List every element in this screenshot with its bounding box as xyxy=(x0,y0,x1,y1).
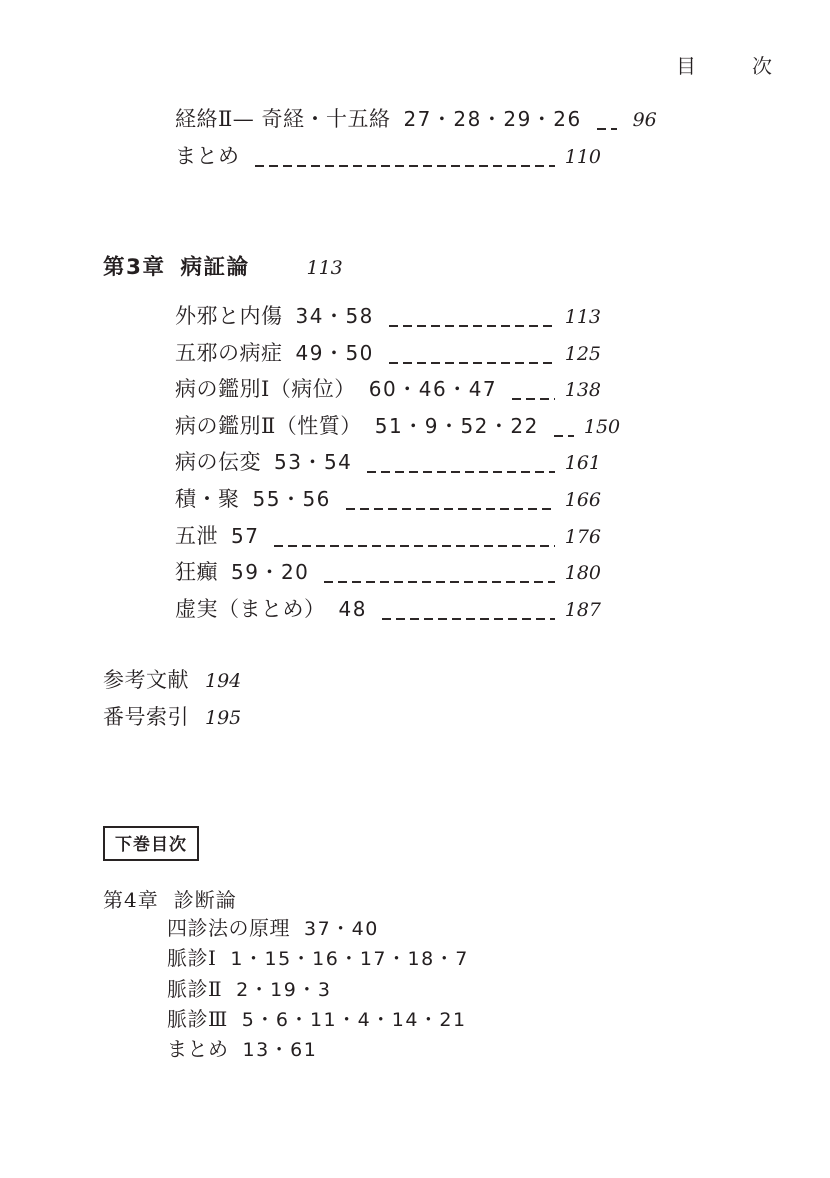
volume2-box-text: 下巻目次 xyxy=(115,835,187,855)
entry-title: まとめ xyxy=(167,1033,229,1062)
entry-title: 五邪の病症 xyxy=(175,337,283,367)
page-number: 125 xyxy=(565,343,601,365)
entry-refs: 34・58 xyxy=(296,300,374,329)
entry-title: 五泄 xyxy=(175,520,218,550)
dotted-leader xyxy=(274,545,554,547)
chapter-title: 診断論 xyxy=(174,884,237,913)
entry-refs: 57 xyxy=(231,524,259,548)
entry-title: 虚実（まとめ） xyxy=(175,593,326,623)
entry-refs: 48 xyxy=(339,597,367,621)
toc-entry: 脈診Ⅱ 2・19・3 xyxy=(167,973,469,1003)
continued-entries-block: 経絡Ⅱ— 奇経・十五絡 27・28・29・26 96 まとめ 110 xyxy=(175,103,601,176)
chapter-label: 第3章 xyxy=(103,250,165,281)
entry-refs: 59・20 xyxy=(231,556,309,585)
toc-entry: 外邪と内傷 34・58 113 xyxy=(175,300,601,337)
chapter-label: 第4章 xyxy=(103,884,159,913)
entry-title: 病の伝変 xyxy=(175,446,261,476)
entry-refs: 13・61 xyxy=(243,1035,318,1062)
dotted-leader xyxy=(382,618,555,620)
chapter-title: 病証論 xyxy=(180,250,249,281)
dotted-leader xyxy=(324,581,554,583)
dotted-leader xyxy=(554,435,574,437)
page-number: 195 xyxy=(205,707,241,729)
dotted-leader xyxy=(367,471,554,473)
chapter3-heading: 第3章 病証論 113 xyxy=(103,250,343,281)
toc-entry: 脈診Ⅲ 5・6・11・4・14・21 xyxy=(167,1003,469,1033)
entry-refs: 5・6・11・4・14・21 xyxy=(242,1005,467,1032)
dotted-leader xyxy=(255,165,555,167)
toc-entry: 病の鑑別Ⅰ（病位） 60・46・47 138 xyxy=(175,373,601,410)
entry-title: 病の鑑別Ⅰ（病位） xyxy=(175,373,356,403)
chapter4-entries-block: 四診法の原理 37・40 脈診Ⅰ 1・15・16・17・18・7 脈診Ⅱ 2・1… xyxy=(167,912,469,1063)
back-matter-entry: 番号索引 195 xyxy=(103,701,241,738)
entry-refs: 37・40 xyxy=(304,914,379,941)
page-title: 目 次 xyxy=(676,50,748,79)
page-number: 187 xyxy=(565,599,601,621)
page-number: 180 xyxy=(565,562,601,584)
dotted-leader xyxy=(346,508,555,510)
entry-refs: 27・28・29・26 xyxy=(403,103,581,132)
page-number: 194 xyxy=(205,670,241,692)
toc-entry: 四診法の原理 37・40 xyxy=(167,912,469,942)
entry-title: 四診法の原理 xyxy=(167,912,290,941)
entry-refs: 2・19・3 xyxy=(236,975,331,1002)
entry-refs: 53・54 xyxy=(274,446,352,475)
page-number: 110 xyxy=(565,146,601,168)
entry-title: 積・聚 xyxy=(175,483,240,513)
entry-title: 番号索引 xyxy=(103,701,205,731)
toc-entry: 脈診Ⅰ 1・15・16・17・18・7 xyxy=(167,942,469,972)
page-number: 161 xyxy=(565,452,601,474)
chapter3-entries-block: 外邪と内傷 34・58 113 五邪の病症 49・50 125 病の鑑別Ⅰ（病位… xyxy=(175,300,601,629)
page-number: 176 xyxy=(565,526,601,548)
entry-title: 脈診Ⅰ xyxy=(167,942,216,971)
dotted-leader xyxy=(389,362,555,364)
page-number: 150 xyxy=(584,416,614,438)
page-number: 138 xyxy=(565,379,601,401)
entry-refs: 55・56 xyxy=(253,483,331,512)
entry-title: まとめ xyxy=(175,140,240,170)
toc-entry: 虚実（まとめ） 48 187 xyxy=(175,593,601,630)
toc-entry: 病の伝変 53・54 161 xyxy=(175,446,601,483)
toc-page: 目 次 経絡Ⅱ— 奇経・十五絡 27・28・29・26 96 まとめ 110 第… xyxy=(0,0,830,1178)
dotted-leader xyxy=(512,398,555,400)
back-matter-entry: 参考文献 194 xyxy=(103,664,241,701)
entry-refs: 51・9・52・22 xyxy=(375,410,539,439)
toc-entry: 狂癲 59・20 180 xyxy=(175,556,601,593)
entry-title: 脈診Ⅱ xyxy=(167,973,222,1002)
entry-refs: 49・50 xyxy=(296,337,374,366)
entry-title: 狂癲 xyxy=(175,556,218,586)
toc-entry: 積・聚 55・56 166 xyxy=(175,483,601,520)
entry-title: 病の鑑別Ⅱ（性質） xyxy=(175,410,362,440)
toc-entry: 五邪の病症 49・50 125 xyxy=(175,337,601,374)
page-number: 96 xyxy=(627,109,657,131)
entry-title: 脈診Ⅲ xyxy=(167,1003,228,1032)
page-number: 113 xyxy=(565,306,601,328)
toc-entry: 五泄 57 176 xyxy=(175,520,601,557)
volume2-box-label: 下巻目次 xyxy=(103,826,199,861)
toc-entry: まとめ 13・61 xyxy=(167,1033,469,1063)
entry-title: 外邪と内傷 xyxy=(175,300,283,330)
toc-entry: 経絡Ⅱ— 奇経・十五絡 27・28・29・26 96 xyxy=(175,103,601,140)
entry-refs: 1・15・16・17・18・7 xyxy=(230,944,468,971)
entry-refs: 60・46・47 xyxy=(369,373,497,402)
entry-title: 参考文献 xyxy=(103,664,205,694)
page-number: 166 xyxy=(565,489,601,511)
toc-entry: まとめ 110 xyxy=(175,140,601,177)
back-matter-block: 参考文献 194 番号索引 195 xyxy=(103,664,241,737)
dotted-leader xyxy=(389,325,555,327)
chapter-page-number: 113 xyxy=(306,257,342,279)
toc-entry: 病の鑑別Ⅱ（性質） 51・9・52・22 150 xyxy=(175,410,601,447)
chapter4-heading: 第4章 診断論 xyxy=(103,884,237,913)
entry-title: 経絡Ⅱ— 奇経・十五絡 xyxy=(175,103,390,133)
dotted-leader xyxy=(597,128,617,130)
